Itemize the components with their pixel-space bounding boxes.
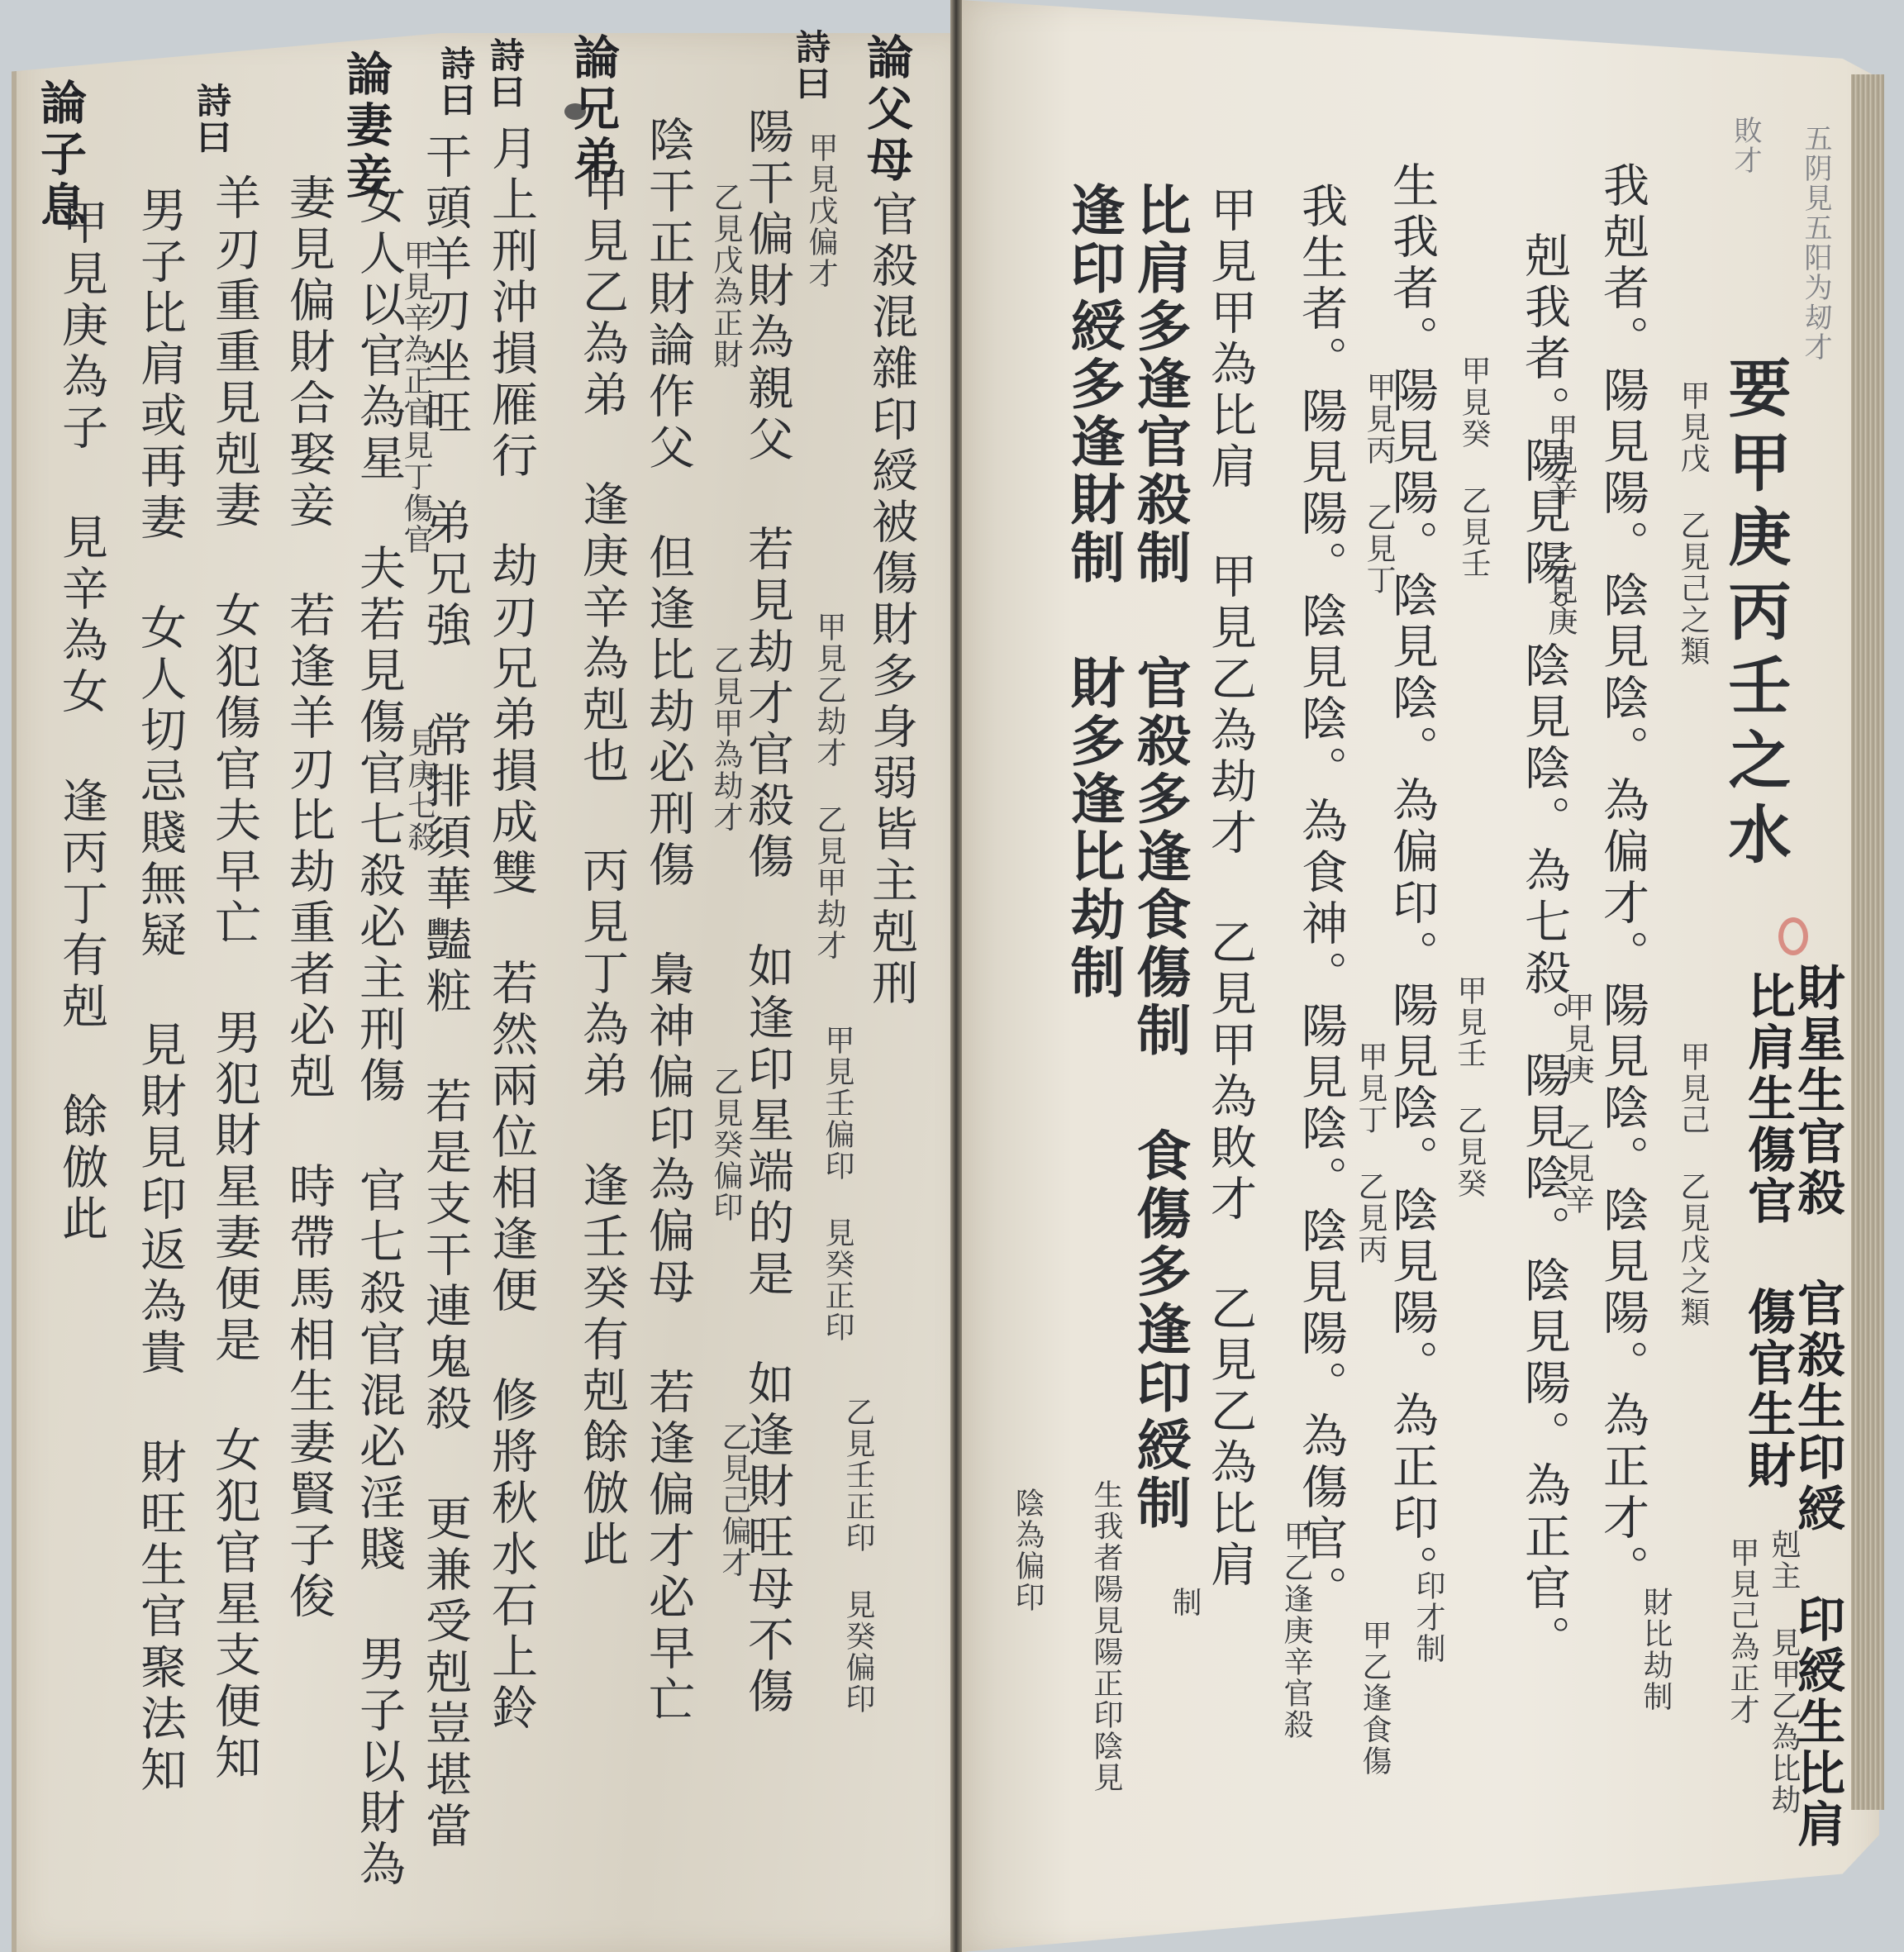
text-column: 甲見甲為比肩 甲見乙為劫才 乙見甲為敗才 乙見乙為比肩	[1207, 186, 1253, 1592]
page-title: 要甲庚丙壬之水	[1723, 355, 1786, 876]
annotation-column: 甲見丁 乙見丙	[1355, 1041, 1385, 1265]
rule-column: 逢印綬多逢財制 財多逢比劫制	[1066, 182, 1121, 1002]
margin-note: 五阴見五阳为刼才	[1802, 124, 1830, 362]
text-column: 我生者。陽見陽。陰見陰。為食神。陽見陰。陰見陽。為傷官。	[1297, 182, 1344, 1616]
section-heading: 論父母	[864, 33, 910, 187]
rule-column: 比肩多逢官殺制 官殺多逢食傷制 食傷多逢印綬制	[1132, 182, 1187, 1532]
book-gutter	[950, 0, 962, 1952]
annotation-column: 甲見戊偏才	[806, 132, 835, 289]
verse-column: 羊刃重重見剋妻 女犯傷官夫早亡 男犯財星妻便是 女犯官星支便知	[211, 174, 257, 1784]
annotation-column: 制	[1169, 1587, 1199, 1618]
annotation-column: 甲乙逢食傷	[1359, 1620, 1389, 1777]
annotation-column: 甲見戊 乙見己之類	[1678, 380, 1707, 667]
manuscript-spread: 五阴見五阳为刼才 敗才 要甲庚丙壬之水 財星生官殺 官殺生印綬 印綬生比肩 比肩…	[0, 0, 1904, 1952]
annotation-column: 剋主 見甲乙為比劫	[1768, 1529, 1798, 1816]
poem-label: 詩曰	[194, 83, 229, 155]
annotation-column: 甲見壬偏印 見癸正印	[822, 1025, 852, 1343]
text-column: 甲見乙為弟 逢庚辛為剋也 丙見丁為弟 逢壬癸有剋餘倣此	[578, 165, 625, 1571]
text-column: 女人以官為星 夫若見傷官七殺必主刑傷 官七殺官混必淫賤 男子以財為	[355, 178, 402, 1891]
text-column: 妻見偏財合娶妾 若逢羊刃比劫重者必剋 時帶馬相生妻賢子俊	[285, 174, 331, 1623]
annotation-column: 甲見己為正才	[1727, 1537, 1757, 1726]
poem-label: 詩曰	[438, 45, 473, 118]
annotation-column: 乙見戊為正財	[711, 182, 740, 370]
poem-label: 詩曰	[488, 37, 522, 110]
annotation-column: 生我者陽見陽正印陰見	[1091, 1479, 1121, 1793]
annotation-column: 乙見壬正印 見癸偏印	[843, 1397, 873, 1715]
annotation-column: 甲見乙劫才 乙見甲劫才	[814, 612, 844, 961]
annotation-column: 甲見丙 乙見丁	[1364, 372, 1393, 596]
poem-label: 詩曰	[793, 29, 828, 102]
ink-blot	[564, 103, 586, 120]
annotation-column: 甲乙逢庚辛官殺	[1281, 1521, 1311, 1740]
text-column: 我剋者。陽見陽。陰見陰。為偏才。陽見陰。陰見陽。為正才。	[1599, 161, 1645, 1596]
red-seal-mark	[1778, 917, 1808, 955]
annotation-column: 甲見己 乙見戊之類	[1678, 1041, 1707, 1328]
annotation-column: 財比劫制	[1640, 1587, 1670, 1712]
verse-column: 男子比肩或再妻 女人切忌賤無疑 見財見印返為貴 財旺生官聚法知	[136, 186, 183, 1797]
page-edges	[1851, 74, 1884, 1810]
annotation-column: 甲見癸 乙見壬	[1459, 355, 1488, 579]
verse-column: 陰干正財論作父 但逢比劫必刑傷 梟神偏印為偏母 若逢偏才必早亡	[645, 116, 691, 1726]
annotation-column: 甲見壬 乙見癸	[1454, 975, 1484, 1199]
annotation-column: 乙見己偏才	[719, 1421, 749, 1578]
annotation-column: 見庚七殺	[405, 727, 435, 853]
text-column: 官殺混雜印綬被傷財多身弱皆主剋刑	[868, 190, 914, 1010]
text-column: 甲見庚為子 見辛為女 逢丙丁有剋 餘倣此	[58, 198, 104, 1245]
annotation-column: 乙見甲為劫才	[711, 645, 740, 833]
annotation-column: 甲見辛 乙見庚	[1545, 413, 1575, 637]
annotation-column: 印才制	[1413, 1570, 1443, 1664]
verse-column: 月上刑沖損雁行 劫刃兄弟損成雙 若然兩位相逢便 修將秋水石上鈴	[488, 124, 534, 1735]
annotation-column: 甲見庚 乙見辛	[1562, 992, 1592, 1216]
annotation-column: 陰為偏印	[1012, 1488, 1042, 1613]
note-column: 比肩生傷官 傷官生財	[1744, 971, 1792, 1492]
annotation-column: 乙見癸偏印	[711, 1066, 740, 1223]
margin-note: 敗才	[1731, 116, 1759, 175]
